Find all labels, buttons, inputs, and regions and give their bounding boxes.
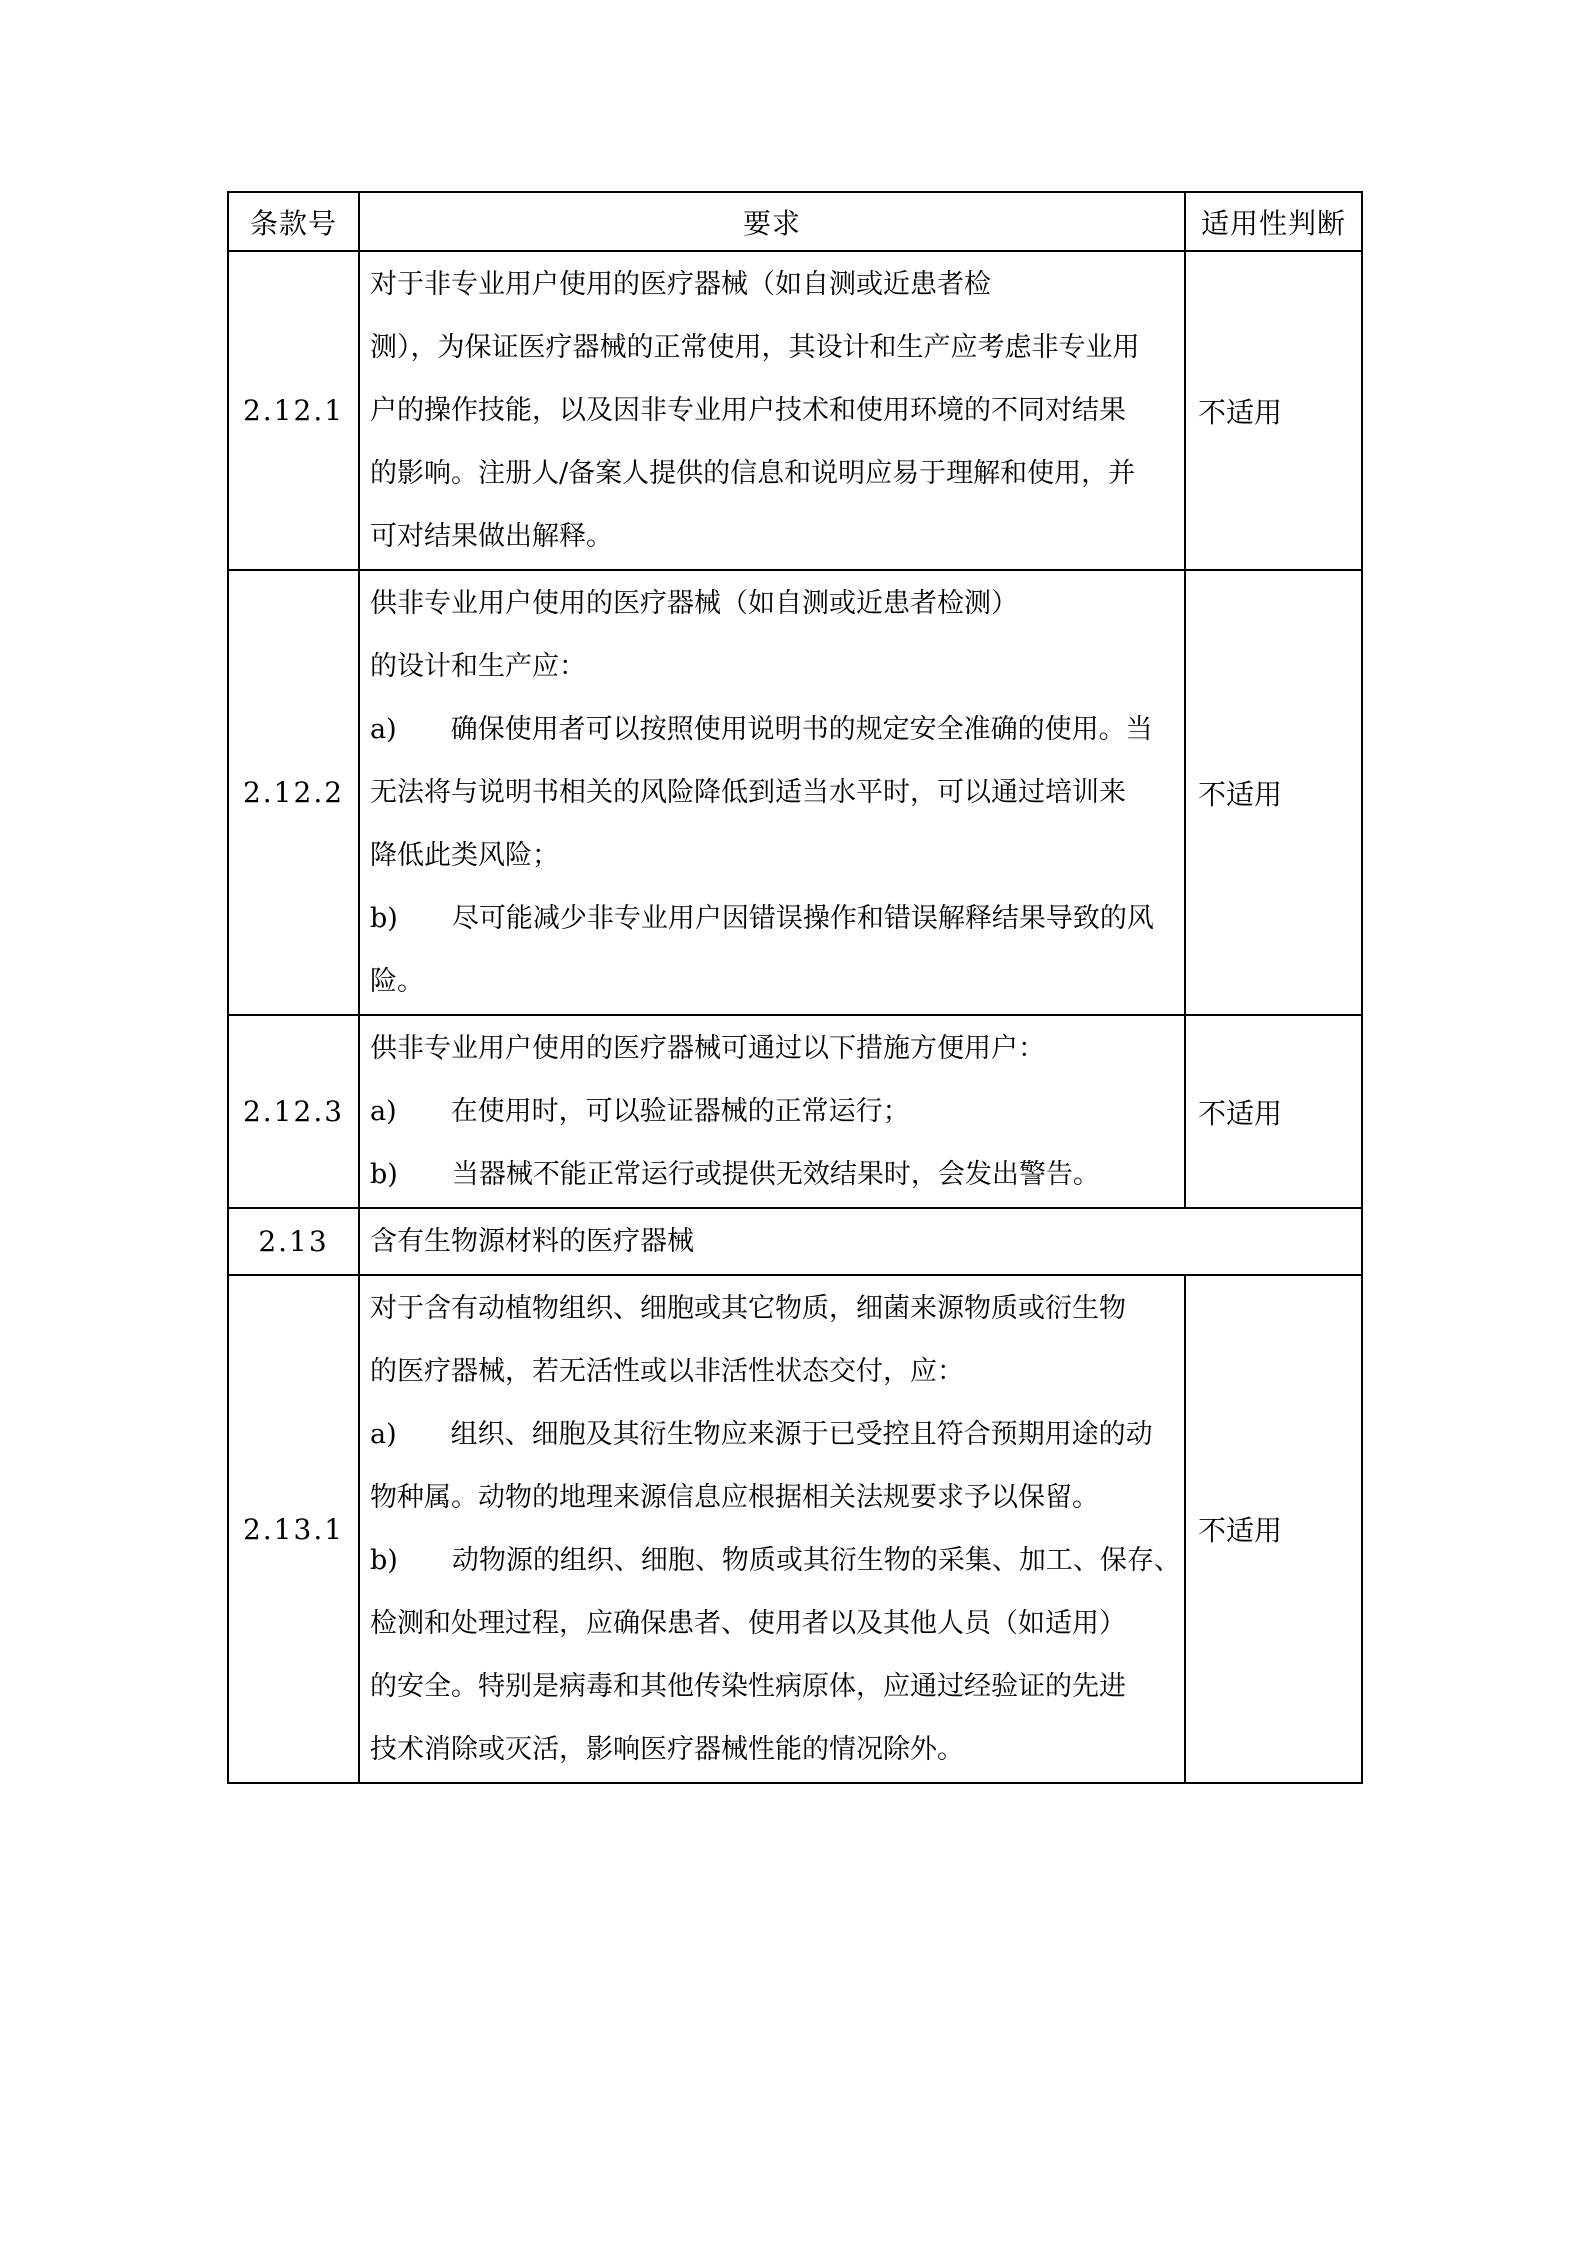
requirement-line: 对于非专业用户使用的医疗器械（如自测或近患者检 [370,253,1174,316]
requirement-cell: 对于含有动植物组织、细胞或其它物质，细菌来源物质或衍生物的医疗器械，若无活性或以… [359,1275,1185,1783]
requirement-line: b) 当器械不能正常运行或提供无效结果时，会发出警告。 [370,1143,1174,1206]
applicability-value: 不适用 [1185,1015,1362,1208]
requirement-line: a) 在使用时，可以验证器械的正常运行； [370,1080,1174,1143]
table-row: 2.12.3供非专业用户使用的医疗器械可通过以下措施方便用户：a) 在使用时，可… [228,1015,1362,1208]
requirement-line: 测），为保证医疗器械的正常使用，其设计和生产应考虑非专业用 [370,316,1174,379]
requirement-line: 的医疗器械，若无活性或以非活性状态交付，应： [370,1340,1174,1403]
clause-number: 2.12.3 [228,1015,359,1208]
table-row: 2.13.1对于含有动植物组织、细胞或其它物质，细菌来源物质或衍生物的医疗器械，… [228,1275,1362,1783]
column-header-requirement: 要求 [359,192,1185,251]
requirement-line: a) 确保使用者可以按照使用说明书的规定安全准确的使用。当 [370,698,1174,761]
table-row: 2.12.2供非专业用户使用的医疗器械（如自测或近患者检测）的设计和生产应：a)… [228,570,1362,1015]
requirement-line: a) 组织、细胞及其衍生物应来源于已受控且符合预期用途的动 [370,1403,1174,1466]
requirement-line: 供非专业用户使用的医疗器械（如自测或近患者检测） [370,572,1174,635]
requirement-line: 的设计和生产应： [370,635,1174,698]
requirement-line: b) 动物源的组织、细胞、物质或其衍生物的采集、加工、保存、 [370,1529,1174,1592]
requirement-line: 技术消除或灭活，影响医疗器械性能的情况除外。 [370,1718,1174,1781]
requirement-cell: 含有生物源材料的医疗器械 [359,1208,1362,1275]
requirement-line: 无法将与说明书相关的风险降低到适当水平时，可以通过培训来 [370,761,1174,824]
applicability-value: 不适用 [1185,1275,1362,1783]
requirement-line: 降低此类风险； [370,824,1174,887]
column-header-applicability: 适用性判断 [1185,192,1362,251]
requirement-line: 的安全。特别是病毒和其他传染性病原体，应通过经验证的先进 [370,1655,1174,1718]
applicability-value: 不适用 [1185,570,1362,1015]
requirement-cell: 对于非专业用户使用的医疗器械（如自测或近患者检测），为保证医疗器械的正常使用，其… [359,251,1185,570]
table-header-row: 条款号 要求 适用性判断 [228,192,1362,251]
table-row: 2.13含有生物源材料的医疗器械 [228,1208,1362,1275]
clause-number: 2.12.1 [228,251,359,570]
document-page: 条款号 要求 适用性判断 2.12.1对于非专业用户使用的医疗器械（如自测或近患… [0,0,1587,2245]
requirement-line: 供非专业用户使用的医疗器械可通过以下措施方便用户： [370,1017,1174,1080]
requirement-line: 险。 [370,950,1174,1013]
requirement-cell: 供非专业用户使用的医疗器械（如自测或近患者检测）的设计和生产应：a) 确保使用者… [359,570,1185,1015]
requirement-line: 物种属。动物的地理来源信息应根据相关法规要求予以保留。 [370,1466,1174,1529]
clause-number: 2.13 [228,1208,359,1275]
requirement-line: 检测和处理过程，应确保患者、使用者以及其他人员（如适用） [370,1592,1174,1655]
table-row: 2.12.1对于非专业用户使用的医疗器械（如自测或近患者检测），为保证医疗器械的… [228,251,1362,570]
requirement-line: 对于含有动植物组织、细胞或其它物质，细菌来源物质或衍生物 [370,1277,1174,1340]
table-body: 2.12.1对于非专业用户使用的医疗器械（如自测或近患者检测），为保证医疗器械的… [228,251,1362,1783]
requirement-line: 户的操作技能，以及因非专业用户技术和使用环境的不同对结果 [370,379,1174,442]
requirement-line: 含有生物源材料的医疗器械 [370,1210,1351,1273]
requirement-cell: 供非专业用户使用的医疗器械可通过以下措施方便用户：a) 在使用时，可以验证器械的… [359,1015,1185,1208]
requirement-line: b) 尽可能减少非专业用户因错误操作和错误解释结果导致的风 [370,887,1174,950]
applicability-value: 不适用 [1185,251,1362,570]
clause-number: 2.12.2 [228,570,359,1015]
requirement-line: 可对结果做出解释。 [370,505,1174,568]
requirements-table: 条款号 要求 适用性判断 2.12.1对于非专业用户使用的医疗器械（如自测或近患… [227,191,1363,1784]
column-header-clause-number: 条款号 [228,192,359,251]
clause-number: 2.13.1 [228,1275,359,1783]
requirement-line: 的影响。注册人/备案人提供的信息和说明应易于理解和使用，并 [370,442,1174,505]
